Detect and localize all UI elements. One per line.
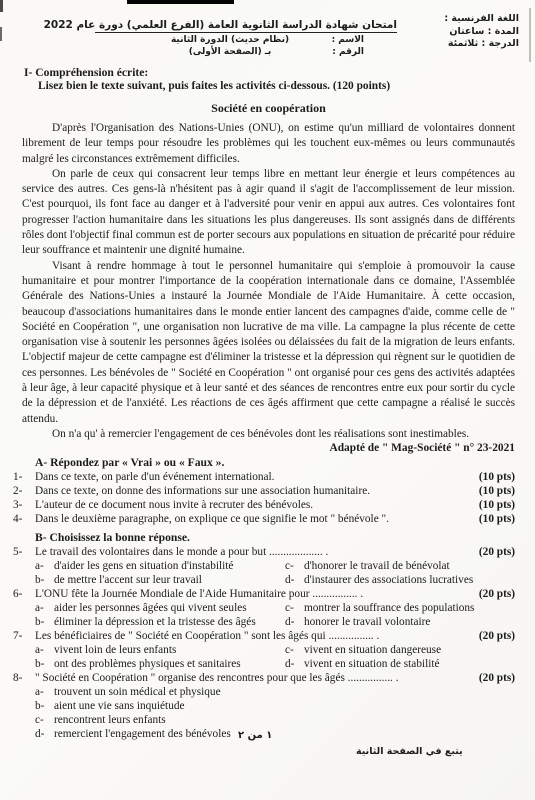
option-label: d- xyxy=(285,573,304,587)
option-d: d-honorer le travail volontaire xyxy=(285,615,515,629)
section-b-heading: B- Choisissez la bonne réponse. xyxy=(35,531,515,544)
option-b: b-ont des problèmes physiques et sanitai… xyxy=(35,657,285,671)
option-label: d- xyxy=(285,657,304,671)
text-paragraph-3: Visant à rendre hommage à tout le person… xyxy=(22,259,515,427)
question-6: 6- L'ONU fête la Journée Mondiale de l'A… xyxy=(13,587,515,601)
text-source: Adapté de " Mag-Société " n° 23-2021 xyxy=(22,442,515,454)
question-stem: L'ONU fête la Journée Mondiale de l'Aide… xyxy=(35,587,465,601)
option-a: a-aider les personnes âgées qui vivent s… xyxy=(35,601,285,615)
question-text: Dans ce texte, on donne des informations… xyxy=(35,484,465,498)
option-label: c- xyxy=(35,713,54,727)
subject-label: اللغة الفرنسية : xyxy=(401,13,519,26)
option-text: éliminer la dépression et la tristesse d… xyxy=(54,615,256,629)
option-text: montrer la souffrance des populations xyxy=(304,601,474,615)
option-label: b- xyxy=(35,573,54,587)
option-c: c-rencontrent leurs enfants xyxy=(35,713,515,727)
option-text: honorer le travail volontaire xyxy=(304,615,430,629)
option-label: c- xyxy=(285,559,304,573)
question-points: (20 pts) xyxy=(465,545,515,559)
option-label: a- xyxy=(35,601,54,615)
exam-body: I- Compréhension écrite: Lisez bien le t… xyxy=(0,64,535,741)
option-label: b- xyxy=(35,699,54,713)
option-text: vivent loin de leurs enfants xyxy=(54,643,176,657)
question-3: 3- L'auteur de ce document nous invite à… xyxy=(13,498,515,512)
question-points: (20 pts) xyxy=(465,671,515,685)
option-text: aider les personnes âgées qui vivent seu… xyxy=(54,601,247,615)
question-number: 1- xyxy=(13,470,35,484)
option-text: d'aider les gens en situation d'instabil… xyxy=(54,559,233,573)
question-2: 2- Dans ce texte, on donne des informati… xyxy=(13,484,515,498)
question-number: 3- xyxy=(13,498,35,512)
question-points: (10 pts) xyxy=(465,498,515,512)
option-label: b- xyxy=(35,657,54,671)
option-text: vivent en situation de stabilité xyxy=(304,657,440,671)
section-a-heading: A- Répondez par « Vrai » ou « Faux ». xyxy=(35,456,515,469)
option-label: c- xyxy=(285,643,304,657)
option-label: a- xyxy=(35,685,54,699)
option-label: a- xyxy=(35,643,54,657)
question-5-options: a-d'aider les gens en situation d'instab… xyxy=(35,559,515,587)
option-b: b-éliminer la dépression et la tristesse… xyxy=(35,615,285,629)
question-7: 7- Les bénéficiaires de " Société en Coo… xyxy=(13,629,515,643)
option-text: d'instaurer des associations lucratives xyxy=(304,573,473,587)
option-a: a-vivent loin de leurs enfants xyxy=(35,643,285,657)
question-text: L'auteur de ce document nous invite à re… xyxy=(35,498,465,512)
option-label: a- xyxy=(35,559,54,573)
text-paragraph-4: On n'a qu' à remercier l'engagement de c… xyxy=(22,427,515,442)
option-text: trouvent un soin médical et physique xyxy=(54,685,221,699)
option-c: c-vivent en situation dangereuse xyxy=(285,643,515,657)
option-text: remercient l'engagement des bénévoles xyxy=(54,727,231,741)
student-number-label: الرقم : xyxy=(322,47,364,57)
option-d: d-vivent en situation de stabilité xyxy=(285,657,515,671)
question-text: Dans le deuxième paragraphe, on explique… xyxy=(35,512,465,526)
option-text: d'honorer le travail de bénévolat xyxy=(304,559,450,573)
reading-instruction: Lisez bien le texte suivant, puis faites… xyxy=(38,80,515,92)
option-text: de mettre l'accent sur leur travail xyxy=(54,573,202,587)
question-number: 6- xyxy=(13,587,35,601)
question-points: (10 pts) xyxy=(465,484,515,498)
question-points: (10 pts) xyxy=(465,512,515,526)
option-c: c-montrer la souffrance des populations xyxy=(285,601,515,615)
option-text: aient une vie sans inquiétude xyxy=(54,699,185,713)
question-stem: " Société en Coopération " organise des … xyxy=(35,671,465,685)
question-text: Dans ce texte, on parle d'un événement i… xyxy=(35,470,465,484)
option-c: c-d'honorer le travail de bénévolat xyxy=(285,559,515,573)
question-points: (10 pts) xyxy=(465,470,515,484)
duration-label: المدة : ساعتان xyxy=(401,26,519,39)
question-8-options: a-trouvent un soin médical et physique b… xyxy=(35,685,515,741)
question-5: 5- Le travail des volontaires dans le mo… xyxy=(13,545,515,559)
exam-title: امتحان شهادة الدراسة الثانوية العامة (ال… xyxy=(95,19,397,33)
page-number: ١ من ٢ xyxy=(238,730,272,741)
exam-system-line: (نظام حديث) الدورة الثانية xyxy=(168,35,292,45)
question-stem: Les bénéficiaires de " Société en Coopér… xyxy=(35,629,465,643)
option-label: d- xyxy=(285,615,304,629)
option-a: a-trouvent un soin médical et physique xyxy=(35,685,515,699)
option-a: a-d'aider les gens en situation d'instab… xyxy=(35,559,285,573)
student-name-label: الاسم : xyxy=(318,35,364,45)
option-d: d-remercient l'engagement des bénévoles xyxy=(35,727,515,741)
text-paragraph-1: D'après l'Organisation des Nations-Unies… xyxy=(22,121,515,167)
option-label: c- xyxy=(285,601,304,615)
text-paragraph-2: On parle de ceux qui consacrent leur tem… xyxy=(22,167,515,259)
question-1: 1- Dans ce texte, on parle d'un événemen… xyxy=(13,470,515,484)
question-number: 4- xyxy=(13,512,35,526)
exam-page: اللغة الفرنسية : المدة : ساعتان الدرجة :… xyxy=(0,0,535,800)
question-number: 2- xyxy=(13,484,35,498)
question-points: (20 pts) xyxy=(465,587,515,601)
question-number: 8- xyxy=(13,671,35,685)
option-b: b-de mettre l'accent sur leur travail xyxy=(35,573,285,587)
question-stem: Le travail des volontaires dans le monde… xyxy=(35,545,465,559)
option-text: rencontrent leurs enfants xyxy=(54,713,166,727)
option-b: b-aient une vie sans inquiétude xyxy=(35,699,515,713)
question-points: (20 pts) xyxy=(465,629,515,643)
option-text: ont des problèmes physiques et sanitaire… xyxy=(54,657,241,671)
question-7-options: a-vivent loin de leurs enfants b-ont des… xyxy=(35,643,515,671)
question-number: 5- xyxy=(13,545,35,559)
continue-note: يتبع في الصفحة الثانية xyxy=(356,746,463,757)
option-label: b- xyxy=(35,615,54,629)
exam-page-line: بـ (الصفحة الأولى) xyxy=(180,47,280,57)
option-label: d- xyxy=(35,727,54,741)
option-text: vivent en situation dangereuse xyxy=(304,643,441,657)
question-4: 4- Dans le deuxième paragraphe, on expli… xyxy=(13,512,515,526)
question-number: 7- xyxy=(13,629,35,643)
grade-label: الدرجة : ثلاثمئة xyxy=(401,38,519,51)
option-d: d-d'instaurer des associations lucrative… xyxy=(285,573,515,587)
section-comprehension-label: I- Compréhension écrite: xyxy=(24,66,515,79)
header-right-labels: اللغة الفرنسية : المدة : ساعتان الدرجة :… xyxy=(401,13,519,51)
question-8: 8- " Société en Coopération " organise d… xyxy=(13,671,515,685)
exam-header: اللغة الفرنسية : المدة : ساعتان الدرجة :… xyxy=(0,0,535,64)
reading-text-title: Société en coopération xyxy=(22,101,515,116)
question-6-options: a-aider les personnes âgées qui vivent s… xyxy=(35,601,515,629)
